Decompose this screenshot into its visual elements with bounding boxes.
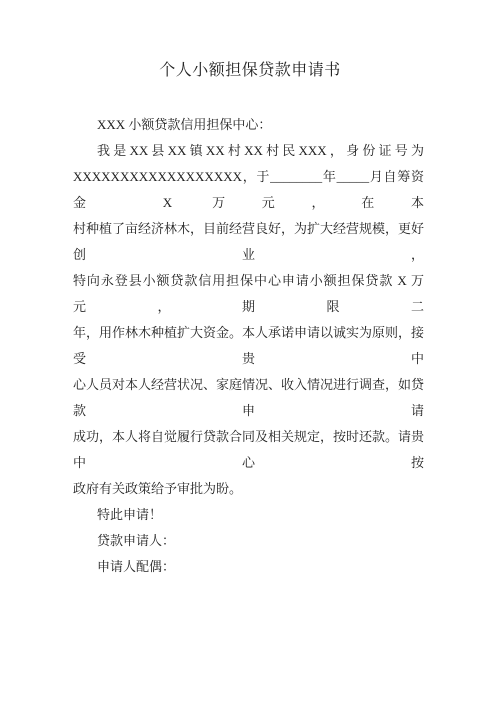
document-title: 个人小额担保贷款申请书 [0,0,500,81]
body-line: 政府有关政策给予审批为盼。 [73,476,424,502]
body-line: 成功，本人将自觉履行贷款合同及相关规定，按时还款。请贵中心按 [73,424,424,476]
signature-loan-applicant: 贷款申请人： [73,528,424,554]
closing-line: 特此申请！ [73,502,424,528]
salutation-line: XXX 小额贷款信用担保中心： [73,112,424,138]
body-line: 年，用作林木种植扩大资金。本人承诺申请以诚实为原则，接受贵中 [73,320,424,372]
document-body: XXX 小额贷款信用担保中心： 我是XX县XX镇XX村XX村民XXX，身份证号为… [73,112,424,580]
body-line: 特向永登县小额贷款信用担保中心申请小额担保贷款 X 万元，期限二 [73,268,424,320]
body-line: XXXXXXXXXXXXXXXXXX，于________年_____月自筹资金 … [73,164,424,216]
body-line: 我是XX县XX镇XX村XX村民XXX，身份证号为 [73,138,424,164]
document-page: 个人小额担保贷款申请书 XXX 小额贷款信用担保中心： 我是XX县XX镇XX村X… [0,0,500,707]
body-line: 心人员对本人经营状况、家庭情况、收入情况进行调查，如贷款申请 [73,372,424,424]
signature-applicant-spouse: 申请人配偶： [73,554,424,580]
body-line: 村种植了亩经济林木，目前经营良好，为扩大经营规模，更好创业， [73,216,424,268]
